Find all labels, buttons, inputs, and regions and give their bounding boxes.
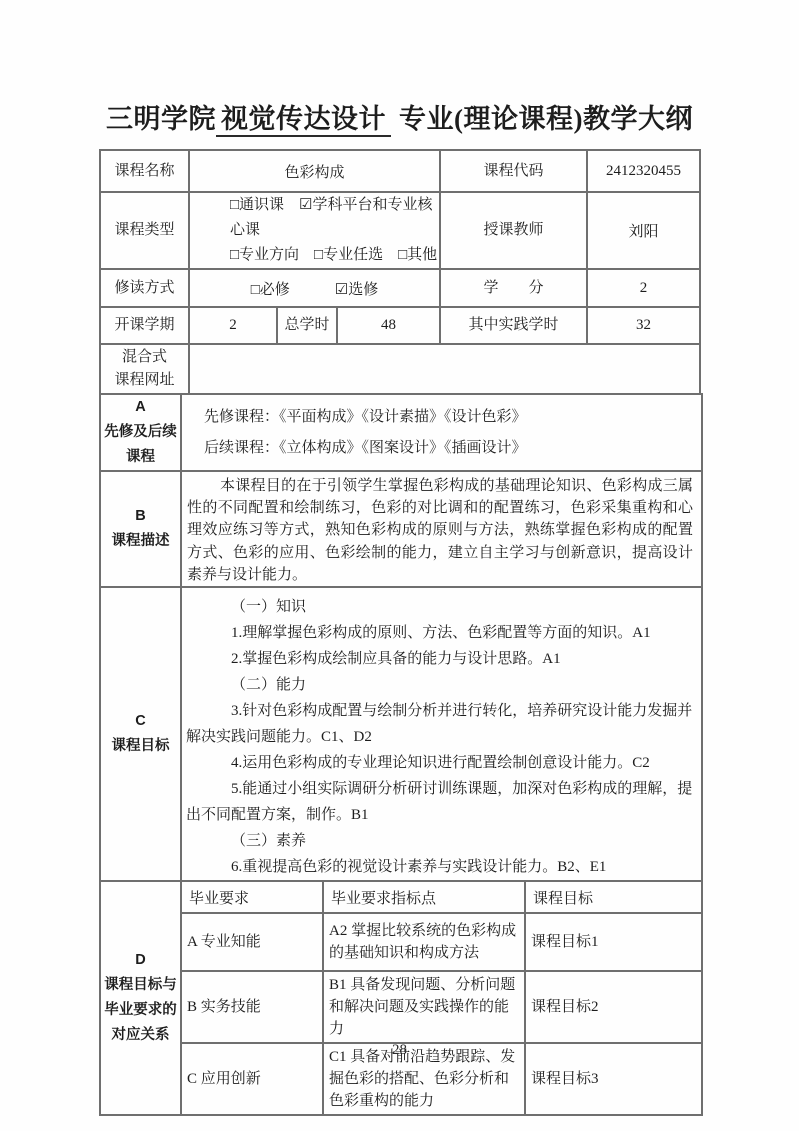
teacher-value: 刘阳 — [587, 192, 700, 269]
section-d-label: D 课程目标与 毕业要求的 对应关系 — [100, 881, 181, 1115]
course-url-label-line1: 混合式 — [101, 346, 188, 369]
title-suffix: 专业(理论课程)教学大纲 — [399, 104, 693, 134]
course-goal-header: 课程目标 — [525, 881, 702, 913]
goal-paragraph: 2.掌握色彩构成绘制应具备的能力与设计思路。A1 — [186, 646, 695, 672]
semester-label: 开课学期 — [100, 307, 189, 344]
followup-courses: 后续课程：《立体构成》《图案设计》《插画设计》 — [204, 433, 701, 464]
syllabus-table: 课程名称 色彩构成 课程代码 2412320455 课程类型 □通识课 ☑学科平… — [99, 149, 701, 1116]
course-url-label: 混合式 课程网址 — [100, 344, 189, 394]
title-major-underlined: 视觉传达设计 — [216, 104, 391, 137]
goal-paragraph: 4.运用色彩构成的专业理论知识进行配置绘制创意设计能力。C2 — [186, 750, 695, 776]
credit-label: 学 分 — [440, 269, 587, 307]
table-row: D 课程目标与 毕业要求的 对应关系 毕业要求 毕业要求指标点 课程目标 — [100, 881, 702, 913]
table-row: 修读方式 □必修 ☑选修 学 分 2 — [100, 269, 700, 307]
section-a-label: A 先修及后续 课程 — [100, 394, 181, 471]
section-c-code: C — [101, 709, 180, 734]
indicator-cell: B1 具备发现问题、分析问题和解决问题及实践操作的能力 — [323, 971, 525, 1043]
page-title: 三明学院视觉传达设计专业(理论课程)教学大纲 — [0, 97, 799, 136]
graduation-req-header: 毕业要求 — [181, 881, 323, 913]
section-d-title-line1: 课程目标与 — [101, 973, 180, 998]
goal-paragraph: （一）知识 — [186, 594, 695, 620]
goal-paragraph: 5.能通过小组实际调研分析研讨训练课题，加深对色彩构成的理解，提出不同配置方案，… — [186, 776, 695, 828]
table-row: C 课程目标 （一）知识 1.理解掌握色彩构成的原则、方法、色彩配置等方面的知识… — [100, 587, 702, 881]
goal-paragraph: 1.理解掌握色彩构成的原则、方法、色彩配置等方面的知识。A1 — [186, 620, 695, 646]
section-b-code: B — [101, 504, 180, 529]
prerequisite-courses: 先修课程：《平面构成》《设计素描》《设计色彩》 — [204, 402, 701, 433]
course-name-value: 色彩构成 — [189, 150, 440, 192]
credit-value: 2 — [587, 269, 700, 307]
section-c-content: （一）知识 1.理解掌握色彩构成的原则、方法、色彩配置等方面的知识。A1 2.掌… — [181, 587, 702, 881]
practice-hours-label: 其中实践学时 — [440, 307, 587, 344]
total-hours-label: 总学时 — [277, 307, 337, 344]
course-code-value: 2412320455 — [587, 150, 700, 192]
table-row: B 实务技能 B1 具备发现问题、分析问题和解决问题及实践操作的能力 课程目标2 — [100, 971, 702, 1043]
goal-cell: 课程目标1 — [525, 913, 702, 971]
table-row: 开课学期 2 总学时 48 其中实践学时 32 — [100, 307, 700, 344]
course-type-line1: □通识课 ☑学科平台和专业核心课 — [190, 193, 439, 243]
indicator-header: 毕业要求指标点 — [323, 881, 525, 913]
course-type-options: □通识课 ☑学科平台和专业核心课 □专业方向 □专业任选 □其他 — [189, 192, 440, 269]
total-hours-value: 48 — [337, 307, 440, 344]
document-page: 三明学院视觉传达设计专业(理论课程)教学大纲 课程名称 色彩构成 课程代码 24… — [0, 0, 799, 1131]
teacher-label: 授课教师 — [440, 192, 587, 269]
course-info-table: 课程名称 色彩构成 课程代码 2412320455 课程类型 □通识课 ☑学科平… — [99, 149, 701, 395]
section-c-label: C 课程目标 — [100, 587, 181, 881]
table-row: A 先修及后续 课程 先修课程：《平面构成》《设计素描》《设计色彩》 后续课程：… — [100, 394, 702, 471]
section-b-title: 课程描述 — [101, 529, 180, 554]
semester-value: 2 — [189, 307, 277, 344]
table-row: 混合式 课程网址 — [100, 344, 700, 394]
section-d-title-line2: 毕业要求的 — [101, 998, 180, 1023]
section-b-label: B 课程描述 — [100, 471, 181, 587]
course-type-label: 课程类型 — [100, 192, 189, 269]
section-b-content: 本课程目的在于引领学生掌握色彩构成的基础理论知识、色彩构成三属性的不同配置和绘制… — [181, 471, 702, 587]
course-code-label: 课程代码 — [440, 150, 587, 192]
page-number: 28 — [0, 1042, 799, 1059]
goal-paragraph: （二）能力 — [186, 672, 695, 698]
table-row: B 课程描述 本课程目的在于引领学生掌握色彩构成的基础理论知识、色彩构成三属性的… — [100, 471, 702, 587]
section-a-title-line2: 课程 — [101, 445, 180, 470]
section-c-title: 课程目标 — [101, 734, 180, 759]
table-row: 课程名称 色彩构成 课程代码 2412320455 — [100, 150, 700, 192]
course-url-value — [189, 344, 700, 394]
course-type-line2: □专业方向 □专业任选 □其他 — [190, 243, 439, 268]
req-cell: B 实务技能 — [181, 971, 323, 1043]
course-name-label: 课程名称 — [100, 150, 189, 192]
title-prefix: 三明学院 — [106, 104, 216, 134]
goal-paragraph: （三）素养 — [186, 828, 695, 854]
study-mode-label: 修读方式 — [100, 269, 189, 307]
goal-cell: 课程目标2 — [525, 971, 702, 1043]
section-a-code: A — [101, 395, 180, 420]
section-a-content: 先修课程：《平面构成》《设计素描》《设计色彩》 后续课程：《立体构成》《图案设计… — [181, 394, 702, 471]
req-cell: A 专业知能 — [181, 913, 323, 971]
indicator-cell: A2 掌握比较系统的色彩构成的基础知识和构成方法 — [323, 913, 525, 971]
study-mode-options: □必修 ☑选修 — [189, 269, 440, 307]
course-sections-table: A 先修及后续 课程 先修课程：《平面构成》《设计素描》《设计色彩》 后续课程：… — [99, 393, 703, 1116]
section-a-title-line1: 先修及后续 — [101, 420, 180, 445]
course-description-text: 本课程目的在于引领学生掌握色彩构成的基础理论知识、色彩构成三属性的不同配置和绘制… — [182, 472, 701, 586]
goal-paragraph: 3.针对色彩构成配置与绘制分析并进行转化，培养研究设计能力发掘并解决实践问题能力… — [186, 698, 695, 750]
practice-hours-value: 32 — [587, 307, 700, 344]
goal-paragraph: 6.重视提高色彩的视觉设计素养与实践设计能力。B2、E1 — [186, 854, 695, 880]
section-d-code: D — [101, 948, 180, 973]
table-row: A 专业知能 A2 掌握比较系统的色彩构成的基础知识和构成方法 课程目标1 — [100, 913, 702, 971]
course-url-label-line2: 课程网址 — [101, 369, 188, 392]
table-row: 课程类型 □通识课 ☑学科平台和专业核心课 □专业方向 □专业任选 □其他 授课… — [100, 192, 700, 269]
